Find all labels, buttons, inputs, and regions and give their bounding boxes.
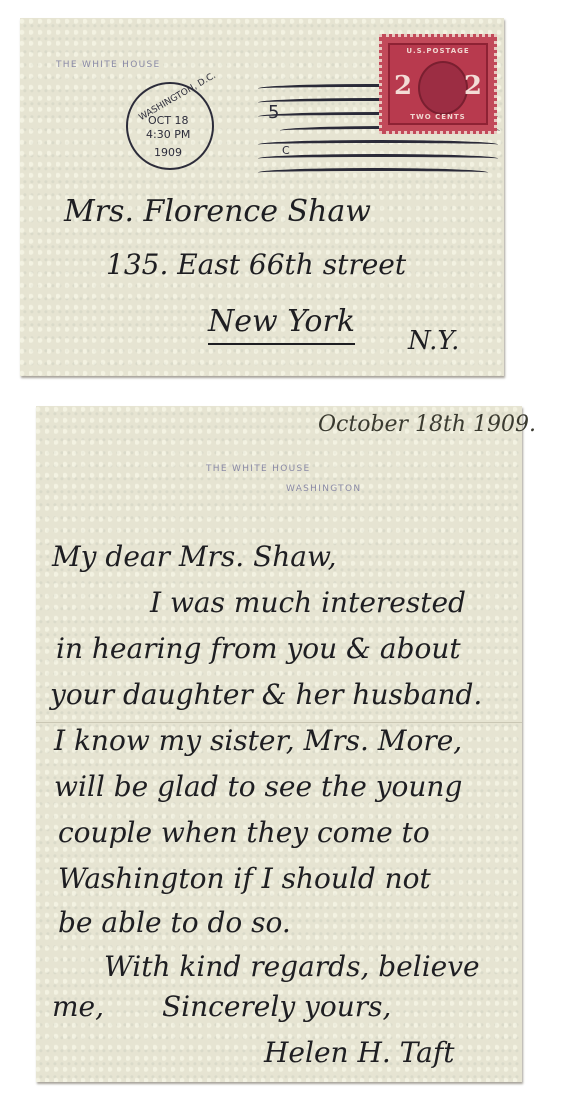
letter-letterhead-city: WASHINGTON bbox=[286, 484, 361, 494]
letter-signature: Helen H. Taft bbox=[264, 1036, 454, 1069]
postmark: WASHINGTON, D.C. OCT 18 4:30 PM 1909 bbox=[126, 82, 214, 170]
cancel-letter: C bbox=[282, 144, 290, 157]
letter-line: me, bbox=[52, 990, 104, 1023]
letter-letterhead: THE WHITE HOUSE bbox=[206, 464, 311, 474]
letter-line: be able to do so. bbox=[58, 906, 291, 939]
letter-line: will be glad to see the young bbox=[54, 770, 462, 803]
address-state: N.Y. bbox=[408, 326, 459, 356]
letter-line: With kind regards, believe bbox=[104, 950, 480, 983]
cancel-wave-line bbox=[258, 168, 488, 177]
letter-line: in hearing from you & about bbox=[56, 632, 461, 665]
letter-salutation: My dear Mrs. Shaw, bbox=[52, 540, 337, 573]
cancel-wave-line bbox=[258, 154, 498, 163]
stamp-value-left: 2 bbox=[394, 71, 412, 101]
letter-line: your daughter & her husband. bbox=[50, 678, 482, 711]
letter-date: October 18th 1909. bbox=[318, 412, 536, 437]
envelope: THE WHITE HOUSE WASHINGTON, D.C. OCT 18 … bbox=[20, 18, 504, 376]
letter-line: I know my sister, Mrs. More, bbox=[54, 724, 462, 757]
envelope-letterhead: THE WHITE HOUSE bbox=[56, 60, 161, 70]
postage-stamp: U.S.POSTAGE 2 2 TWO CENTS bbox=[379, 34, 497, 134]
address-city: New York bbox=[208, 304, 355, 345]
letter-line: couple when they come to bbox=[58, 816, 430, 849]
letter-closing: Sincerely yours, bbox=[162, 990, 391, 1023]
address-street: 135. East 66th street bbox=[106, 248, 406, 281]
stamp-value-right: 2 bbox=[464, 71, 482, 101]
postmark-time: 4:30 PM bbox=[146, 128, 190, 141]
address-name: Mrs. Florence Shaw bbox=[64, 194, 371, 229]
postmark-year: 1909 bbox=[154, 146, 182, 159]
stamp-bottom-text: TWO CENTS bbox=[390, 113, 486, 121]
postmark-date: OCT 18 bbox=[148, 114, 189, 127]
stamp-portrait-icon bbox=[418, 61, 468, 115]
letter-line: Washington if I should not bbox=[58, 862, 431, 895]
cancel-wave-line bbox=[258, 140, 498, 149]
cancel-number: 5 bbox=[268, 102, 279, 123]
letter-line: I was much interested bbox=[150, 586, 466, 619]
paper-fold bbox=[36, 722, 522, 723]
stamp-top-text: U.S.POSTAGE bbox=[390, 47, 486, 55]
letter-page: October 18th 1909. THE WHITE HOUSE WASHI… bbox=[36, 406, 522, 1082]
